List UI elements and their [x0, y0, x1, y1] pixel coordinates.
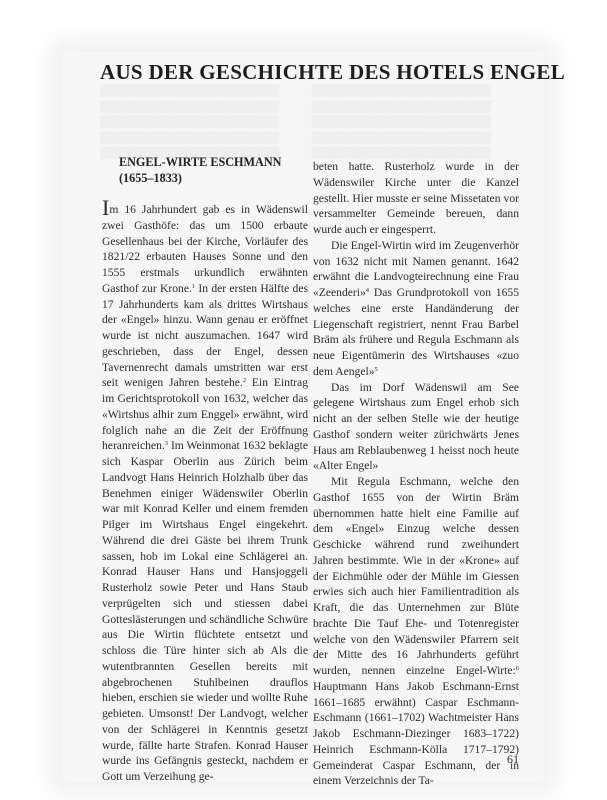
show-through-right: ▒▒▒▒▒▒▒▒▒▒▒▒▒▒▒▒▒▒▒▒▒▒▒▒▒▒▒▒▒▒▒▒▒▒▒▒▒▒▒▒…: [312, 84, 517, 162]
footnote-marker: 6: [516, 665, 519, 672]
page-title: AUS DER GESCHICHTE DES HOTELS ENGEL: [100, 60, 565, 85]
paragraph: Das im Dorf Wädenswil am See gelegene Wi…: [313, 380, 519, 475]
section-heading-title: ENGEL-WIRTE ESCHMANN: [119, 155, 281, 169]
section-heading-dates: (1655–1833): [119, 171, 182, 185]
paragraph: beten hatte. Rusterholz wurde in der Wäd…: [313, 159, 519, 238]
footnote-marker: 5: [375, 366, 378, 373]
left-column: ENGEL-WIRTE ESCHMANN (1655–1833) Im 16 J…: [102, 154, 308, 785]
right-column: beten hatte. Rusterholz wurde in der Wäd…: [313, 159, 519, 789]
paragraph: Im 16 Jahrhundert gab es in Wädenswil zw…: [102, 200, 308, 785]
section-heading: ENGEL-WIRTE ESCHMANN (1655–1833): [119, 154, 308, 186]
paragraph: Die Engel-Wirtin wird im Zeugenverhör vo…: [313, 238, 519, 380]
show-through-left: ▒▒▒▒▒▒▒▒▒▒▒▒▒▒▒▒▒▒▒▒▒▒▒▒▒▒▒▒▒▒▒▒▒▒▒▒▒▒▒▒…: [100, 84, 305, 162]
paragraph: Mit Regula Eschmann, welche den Gasthof …: [313, 474, 519, 789]
page-number: 61: [507, 752, 519, 767]
